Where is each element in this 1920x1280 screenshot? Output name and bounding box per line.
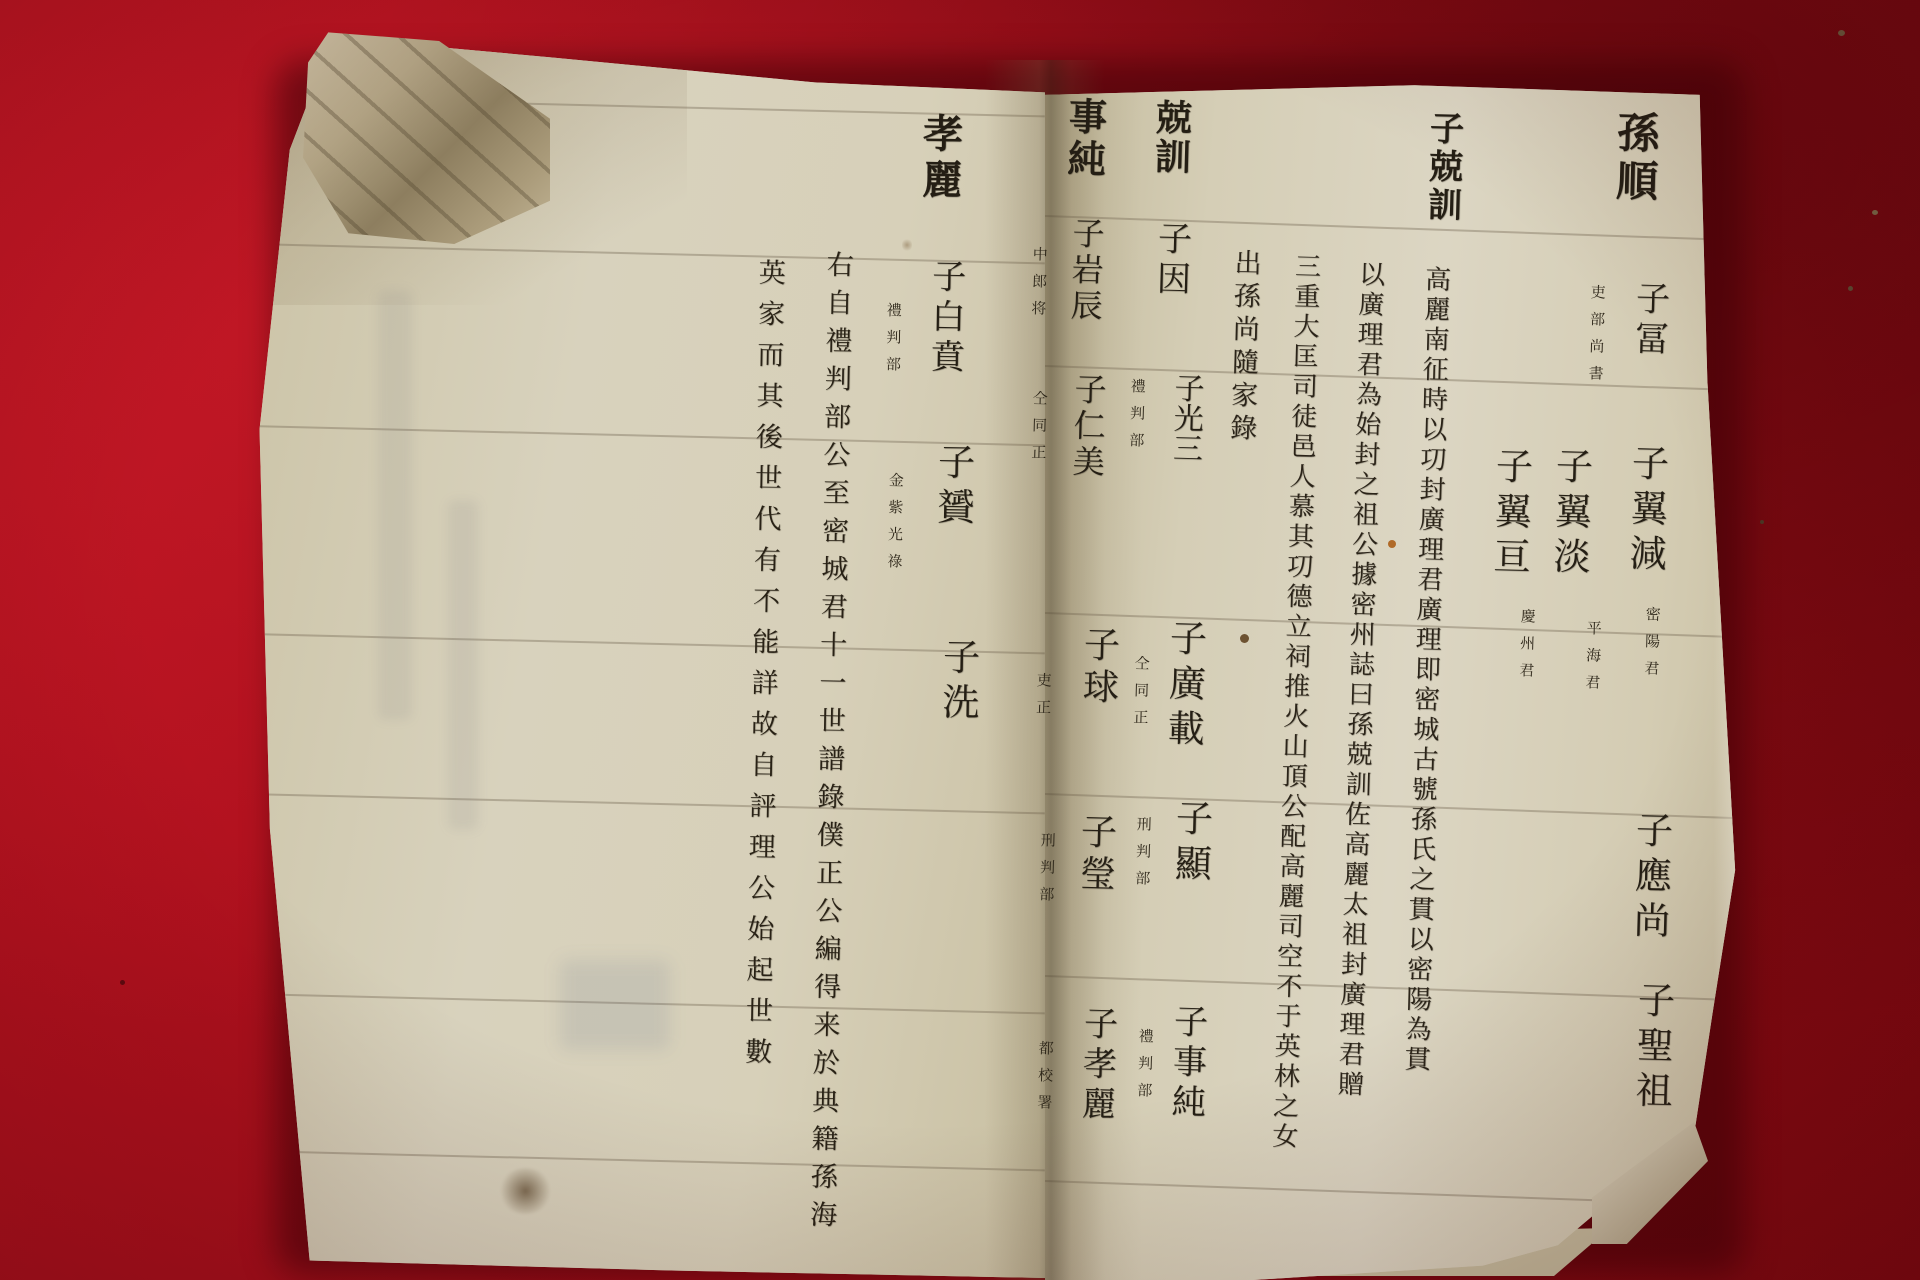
show-through-text-ghost	[448, 500, 478, 830]
cloth-speck	[120, 980, 125, 985]
genealogy-entry-name: 子應尚	[1620, 810, 1678, 946]
official-title-annotation: 中郎将	[1028, 246, 1051, 328]
ruled-line	[250, 633, 1045, 654]
genealogy-entry-name: 子冨	[1624, 280, 1675, 361]
official-title-annotation: 刑判部	[1132, 816, 1155, 898]
biography-text-column: 出孫尚隨家錄	[1221, 248, 1265, 447]
section-header-progenitor: 孫順	[1603, 110, 1665, 208]
official-title-annotation: 刑判部	[1036, 832, 1059, 914]
genealogy-entry-name: 子岩辰	[1061, 216, 1110, 325]
ruled-line	[1045, 612, 1740, 638]
genealogy-entry-name: 子仁美	[1063, 372, 1112, 481]
official-title-annotation: 仝同正	[1028, 390, 1051, 472]
genealogy-entry-name: 子孝麗	[1071, 1005, 1123, 1126]
show-through-text-ghost	[560, 960, 670, 1050]
genealogy-entry-name: 子因	[1146, 220, 1197, 301]
genealogy-entry-name: 子事純	[1161, 1003, 1213, 1124]
ruled-line	[250, 793, 1045, 814]
official-title-annotation: 禮判部	[1134, 1028, 1157, 1110]
genealogy-entry-name: 子廣載	[1154, 618, 1212, 754]
show-through-text-ghost	[378, 290, 412, 720]
genealogy-entry-name: 子顯	[1162, 798, 1218, 889]
section-header-geunghun: 兢訓	[1144, 98, 1197, 177]
ruled-line	[1045, 365, 1740, 391]
paper-stain	[1240, 634, 1249, 643]
official-title-annotation: 吏部尚書	[1585, 284, 1609, 393]
genealogy-entry-name: 子聖祖	[1622, 980, 1680, 1116]
cloth-speck	[1838, 30, 1845, 36]
genealogy-entry-name: 子球	[1072, 625, 1125, 710]
genealogy-entry-name: 子瑩	[1069, 812, 1122, 897]
official-title-annotation: 金紫光祿	[884, 472, 907, 580]
official-title-annotation: 禮判部	[1126, 378, 1149, 460]
ink-smudge	[498, 1168, 553, 1214]
ruled-line	[250, 1150, 1045, 1171]
photo-of-genealogy-book: 孫順 子冨 吏部尚書 子翼減 密陽君 子翼淡 平海君 子翼亘 慶州君 子應尚 子…	[0, 0, 1920, 1280]
genealogy-entry-name: 子白賁	[920, 258, 971, 379]
genealogy-entry-name: 子光三	[1162, 372, 1208, 463]
official-title-annotation: 禮判部	[883, 302, 905, 383]
paper-stain	[902, 238, 912, 252]
genealogy-entry-name: 子翼亘	[1480, 446, 1538, 582]
official-title-annotation: 仝同正	[1130, 655, 1153, 737]
genealogy-entry-name: 子洗	[929, 637, 985, 728]
section-header-ja-geunghun: 子兢訓	[1417, 110, 1469, 225]
genealogy-entry-name: 子翼減	[1616, 443, 1674, 579]
section-header-sasun: 事純	[1056, 96, 1113, 181]
section-header-hyoryeo: 孝麗	[910, 112, 969, 205]
official-title-annotation: 都校署	[1034, 1040, 1057, 1122]
genealogy-entry-name: 子贇	[924, 442, 980, 533]
cloth-speck	[1872, 210, 1878, 215]
official-title-annotation: 吏正	[1033, 672, 1055, 727]
official-title-annotation: 慶州君	[1516, 608, 1539, 690]
genealogy-entry-name: 子翼淡	[1540, 446, 1598, 582]
official-title-annotation: 密陽君	[1641, 606, 1664, 688]
official-title-annotation: 平海君	[1582, 620, 1605, 702]
cloth-speck	[1760, 520, 1764, 524]
paper-stain	[1388, 540, 1396, 548]
cloth-speck	[1848, 286, 1853, 291]
